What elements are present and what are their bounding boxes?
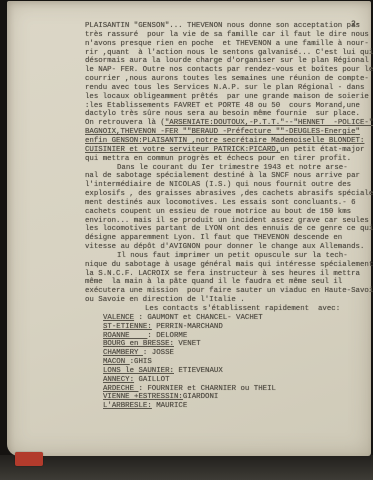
text-line: L'ARBRESLE: MAURICE bbox=[103, 402, 373, 411]
text-line: Il nous faut imprimer un petit opuscule … bbox=[117, 252, 373, 261]
text-line: BOURG en BRESSE: VENET bbox=[103, 340, 373, 349]
paper-page: 2- PLAISANTIN "GENSON"... THEVENON nous … bbox=[7, 1, 371, 456]
text-line: même la main à la pâte quand il le faudr… bbox=[85, 278, 373, 287]
text-line: CHAMBERY : JOSSE bbox=[103, 349, 373, 358]
text-line: ou Savoie en direction de l'Italie . bbox=[85, 296, 373, 305]
text-line: rendu avec tous les Services N.A.P. sur … bbox=[85, 84, 373, 93]
text-line: le NAP- FER. Outre nos contacts par rend… bbox=[85, 66, 373, 75]
text-line: courrier ,nous aurons toutes les semaine… bbox=[85, 75, 373, 84]
document-text: PLAISANTIN "GENSON"... THEVENON nous don… bbox=[85, 22, 373, 411]
text-line: n'avons presque rien en poche et THEVENO… bbox=[85, 40, 373, 49]
text-line: vitesse au dépôt d'AVIGNON pour donner l… bbox=[85, 243, 373, 252]
text-line: PLAISANTIN "GENSON"... THEVENON nous don… bbox=[85, 22, 373, 31]
text-line: enfin GENSON:PLAISANTIN ,notre secrétair… bbox=[85, 137, 373, 146]
text-line: ST-ETIENNE: PERRIN-MARCHAND bbox=[103, 323, 373, 332]
text-line: explosifs , des graisses abrasives ,des … bbox=[85, 190, 373, 199]
text-line: cachets coupent un essieu de roue motric… bbox=[85, 208, 373, 217]
text-line: LONS le SAUNIER: ETIEVENAUX bbox=[103, 367, 373, 376]
text-line: désormais aura la lourde charge d'organi… bbox=[85, 57, 373, 66]
text-line: les locaux obligeamment prêtés par une g… bbox=[85, 93, 373, 102]
red-annotation-badge bbox=[15, 452, 43, 466]
text-line: dactylo très sûre nous sera au besoin mê… bbox=[85, 110, 373, 119]
text-line: exécutera une mission pour faire sauter … bbox=[85, 287, 373, 296]
text-line: CUISINIER et votre serviteur PATRICK:PIC… bbox=[85, 146, 373, 155]
text-line: désigne apparemment Lyon. Il faut que TH… bbox=[85, 234, 373, 243]
text-line: l'intermédiaire de NICOLAS (I.S.) qui no… bbox=[85, 181, 373, 190]
scanned-document: 2- PLAISANTIN "GENSON"... THEVENON nous … bbox=[0, 0, 373, 480]
text-line: nal de sabotage spécialement destiné à l… bbox=[85, 172, 373, 181]
text-line: MACON :GHIS bbox=[103, 358, 373, 367]
text-line: les locomotives partant de LYON ont des … bbox=[85, 225, 373, 234]
text-line: qui mettra en commun progrès et échecs p… bbox=[85, 155, 373, 164]
text-line: ment destinés aux locomotives. Les essai… bbox=[85, 199, 373, 208]
text-line: nique du sabotage à usage général mais q… bbox=[85, 261, 373, 270]
text-line: BAGNOIX,THEVENON -FER ""BERAUD -Préfectu… bbox=[85, 128, 373, 137]
text-line: VALENCE : GAUMONT et CHANCEL- VACHET bbox=[103, 314, 373, 323]
scan-bottom-border bbox=[0, 455, 373, 480]
text-line: Les contacts s'établissent rapidement av… bbox=[145, 305, 373, 314]
text-line: On retrouvera là ("ARSENIATE:DOUTOUX,-P.… bbox=[85, 119, 373, 128]
text-line: très rassuré pour la vie de sa famille c… bbox=[85, 31, 373, 40]
text-line: ANNECY: GAILLOT bbox=[103, 376, 373, 385]
text-line: VIENNE +ESTRESSIN:GIARDONI bbox=[103, 393, 373, 402]
